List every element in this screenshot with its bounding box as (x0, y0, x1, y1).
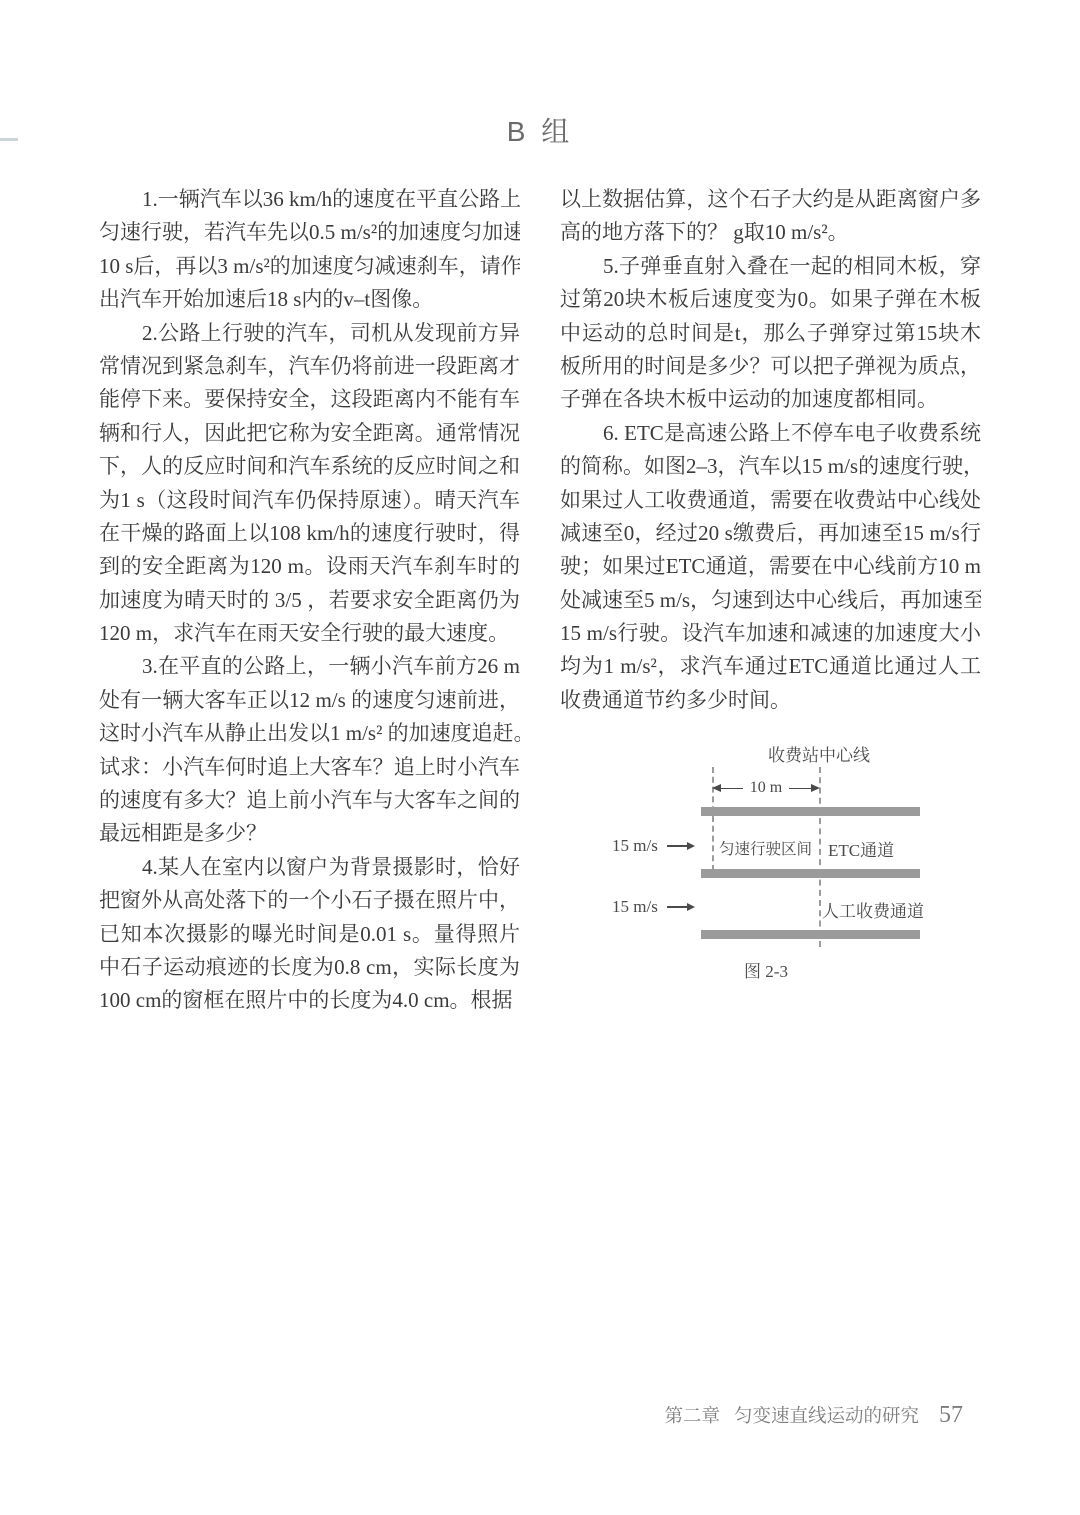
text-line: 处有一辆大客车正以12 m/s 的速度匀速前进， (99, 684, 520, 717)
text-line: 1.一辆汽车以36 km/h的速度在平直公路上 (99, 183, 520, 216)
problem-paragraph: 5.子弹垂直射入叠在一起的相同木板，穿过第20块木板后速度变为0。如果子弹在木板… (560, 250, 981, 417)
text-line: 15 m/s行驶。设汽车加速和减速的加速度大小 (560, 617, 981, 650)
section-title: B 组 (0, 110, 1080, 150)
text-line: 下，人的反应时间和汽车系统的反应时间之和 (99, 450, 520, 483)
text-line: 120 m，求汽车在雨天安全行驶的最大速度。 (99, 617, 520, 650)
lane2-speed-arrow: 15 m/s (612, 897, 693, 917)
text-line: 辆和行人，因此把它称为安全距离。通常情况 (99, 417, 520, 450)
text-line: 中石子运动痕迹的长度为0.8 cm，实际长度为 (99, 951, 520, 984)
text-line: 能停下来。要保持安全，这段距离内不能有车 (99, 383, 520, 416)
text-line: 的简称。如图2–3，汽车以15 m/s的速度行驶， (560, 450, 981, 483)
text-line: 处减速至5 m/s，匀速到达中心线后，再加速至 (560, 584, 981, 617)
text-line: 出汽车开始加速后18 s内的v–t图像。 (99, 283, 520, 316)
lane2-speed-label: 15 m/s (612, 897, 658, 917)
arrowhead-left-icon (712, 784, 721, 792)
text-line: 把窗外从高处落下的一个小石子摄在照片中， (99, 884, 520, 917)
text-line: 到的安全距离为120 m。设雨天汽车刹车时的 (99, 550, 520, 583)
footer-section-title: 匀变速直线运动的研究 (734, 1402, 919, 1428)
text-line: 常情况到紧急刹车，汽车仍将前进一段距离才 (99, 350, 520, 383)
problem-paragraph: 3.在平直的公路上，一辆小汽车前方26 m处有一辆大客车正以12 m/s 的速度… (99, 650, 520, 850)
right-arrow-icon (667, 906, 693, 908)
text-line: 收费通道节约多少时间。 (560, 684, 981, 717)
problem-paragraph: 4.某人在室内以窗户为背景摄影时，恰好把窗外从高处落下的一个小石子摄在照片中，已… (99, 851, 520, 1018)
manual-toll-lane-label: 人工收费通道 (822, 897, 924, 922)
text-line: 3.在平直的公路上，一辆小汽车前方26 m (99, 650, 520, 683)
problem-paragraph: 6. ETC是高速公路上不停车电子收费系统的简称。如图2–3，汽车以15 m/s… (560, 417, 981, 718)
text-line: 如果过人工收费通道，需要在收费站中心线处 (560, 484, 981, 517)
left-column: 1.一辆汽车以36 km/h的速度在平直公路上匀速行驶，若汽车先以0.5 m/s… (99, 183, 520, 1018)
text-line: 4.某人在室内以窗户为背景摄影时，恰好 (99, 851, 520, 884)
right-arrow-icon (667, 845, 693, 847)
text-line: 已知本次摄影的曝光时间是0.01 s。量得照片 (99, 918, 520, 951)
text-line: 板所用的时间是多少？可以把子弹视为质点， (560, 350, 981, 383)
text-line: 减速至0，经过20 s缴费后，再加速至15 m/s行 (560, 517, 981, 550)
text-line: 加速度为晴天时的 3/5 ，若要求安全距离仍为 (99, 584, 520, 617)
text-line: 5.子弹垂直射入叠在一起的相同木板，穿 (560, 250, 981, 283)
text-line: 在干燥的路面上以108 km/h的速度行驶时，得 (99, 517, 520, 550)
text-line: 匀速行驶，若汽车先以0.5 m/s²的加速度匀加速 (99, 216, 520, 249)
figure-caption: 图 2-3 (712, 957, 820, 982)
road-edge-top (701, 807, 920, 816)
lane1-speed-arrow: 15 m/s (612, 836, 693, 856)
page-number: 57 (939, 1402, 963, 1429)
etc-lane-label: ETC通道 (828, 836, 894, 861)
text-line: 2.公路上行驶的汽车，司机从发现前方异 (99, 317, 520, 350)
text-line: 6. ETC是高速公路上不停车电子收费系统 (560, 417, 981, 450)
text-line: 以上数据估算，这个石子大约是从距离窗户多 (560, 183, 981, 216)
textbook-page: { "page": { "title": "B 组", "footer_chap… (0, 0, 1080, 1515)
road-divider-middle (701, 869, 920, 878)
problem-paragraph: 以上数据估算，这个石子大约是从距离窗户多高的地方落下的？ g取10 m/s²。 (560, 183, 981, 250)
problem-paragraph: 2.公路上行驶的汽车，司机从发现前方异常情况到紧急刹车，汽车仍将前进一段距离才能… (99, 317, 520, 651)
distance-dimension: 10 m (712, 779, 820, 797)
right-column: 以上数据估算，这个石子大约是从距离窗户多高的地方落下的？ g取10 m/s²。5… (560, 183, 981, 994)
text-line: 过第20块木板后速度变为0。如果子弹在木板 (560, 283, 981, 316)
text-line: 均为1 m/s²，求汽车通过ETC通道比通过人工 (560, 650, 981, 683)
dimension-line (721, 788, 743, 790)
distance-label: 10 m (743, 779, 789, 797)
text-line: 的速度有多大？追上前小汽车与大客车之间的 (99, 784, 520, 817)
text-line: 驶；如果过ETC通道，需要在中心线前方10 m (560, 550, 981, 583)
road-edge-bottom (701, 930, 920, 939)
toll-center-line-label: 收费站中心线 (712, 741, 926, 766)
uniform-speed-zone-label: 匀速行驶区间 (712, 837, 819, 859)
text-line: 为1 s（这段时间汽车仍保持原速）。晴天汽车 (99, 484, 520, 517)
dimension-line (789, 788, 811, 790)
text-line: 100 cm的窗框在照片中的长度为4.0 cm。根据 (99, 984, 520, 1017)
text-line: 10 s后，再以3 m/s²的加速度匀减速刹车，请作 (99, 250, 520, 283)
figure-2-3: 收费站中心线 10 m 15 m/s 15 m/s 匀速行驶区间 ETC通道 人… (560, 739, 981, 994)
arrowhead-right-icon (811, 784, 820, 792)
text-line: 子弹在各块木板中运动的加速度都相同。 (560, 383, 981, 416)
page-footer: 第二章 匀变速直线运动的研究 57 (664, 1402, 963, 1429)
text-line: 试求：小汽车何时追上大客车？追上时小汽车 (99, 751, 520, 784)
text-line: 中运动的总时间是t，那么子弹穿过第15块木 (560, 317, 981, 350)
footer-chapter: 第二章 (664, 1402, 720, 1428)
problem-paragraph: 1.一辆汽车以36 km/h的速度在平直公路上匀速行驶，若汽车先以0.5 m/s… (99, 183, 520, 317)
text-line: 最远相距是多少？ (99, 817, 520, 850)
text-line: 高的地方落下的？ g取10 m/s²。 (560, 216, 981, 249)
text-line: 这时小汽车从静止出发以1 m/s² 的加速度追赶。 (99, 717, 520, 750)
lane1-speed-label: 15 m/s (612, 836, 658, 856)
